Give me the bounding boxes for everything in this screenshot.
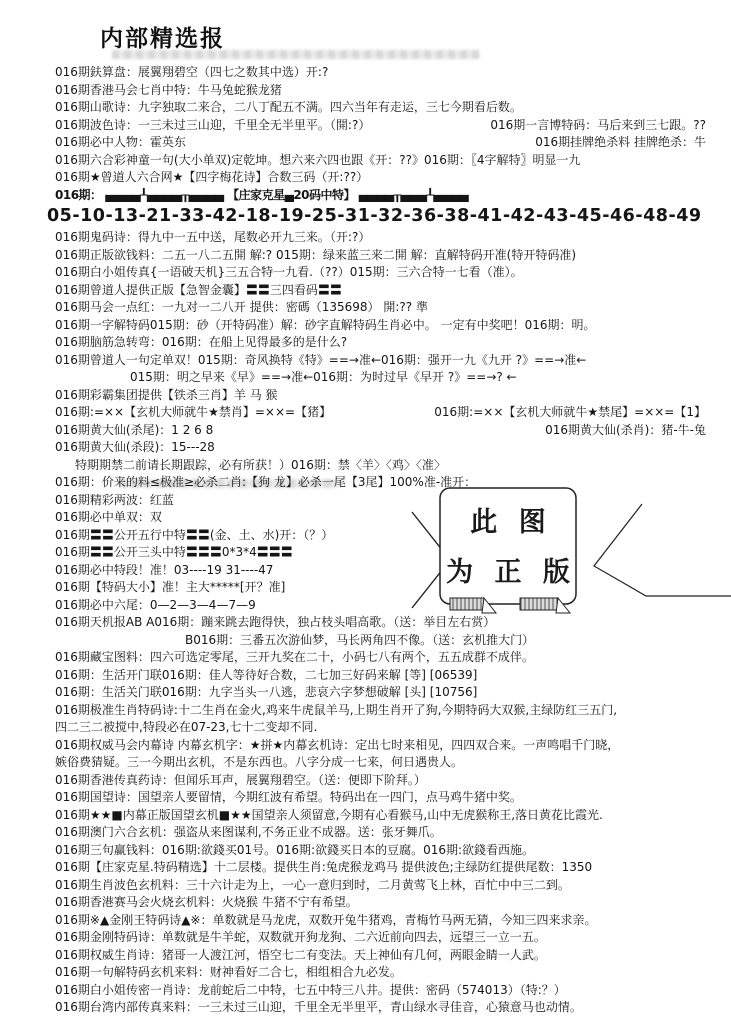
report-line: 016期台湾内部传真来料：一三未过三山迎，千里全无半里平，青山绿水寻佳音，心猿意… xyxy=(55,999,706,1017)
report-line-left: 016期黄大仙(杀尾)：1 2 6 8 xyxy=(55,422,213,440)
report-line: 016期〓〓公开三头中特〓〓〓0*3*4〓〓〓 xyxy=(55,544,706,562)
report-line-right: 016期挂牌绝杀料 挂牌绝杀：牛 xyxy=(535,134,706,152)
report-line: 016期香港马会七肖中特：牛马兔蛇猴龙猪 xyxy=(55,82,706,100)
report-line: 016期【特码大小】准！主大*****[开？准] xyxy=(55,579,706,597)
report-line: 016期必中人物：霍英东016期挂牌绝杀料 挂牌绝杀：牛 xyxy=(55,134,706,152)
report-line: 016期极准生肖特码诗:十二生肖在金火,鸡来牛虎鼠羊马,上期生肖开了狗,今期特码… xyxy=(55,702,706,720)
report-line: 016期权威生肖诗：猪哥一人渡江河，悟空七二有变法。天上神仙有几何，两眼金睛一人… xyxy=(55,947,706,965)
report-line: 016期：生活关门联016期：九字当头一八逃，悲哀六字梦想破解 [头] [107… xyxy=(55,684,706,702)
report-line: 016期鈇算盘：展翼翔碧空（四七之数其中选）开:? xyxy=(55,64,706,82)
report-line: 016期香港赛马会火烧玄机料：火烧猴 牛猪不宁有希望。 xyxy=(55,894,706,912)
report-line: 016期脑筋急转弯：016期：在船上见得最多的是什么? xyxy=(55,334,706,352)
report-line: 016期曾道人提供正版【急智金囊】〓〓三四看码〓〓 xyxy=(55,282,706,300)
report-line: 016期白小姐传密一肖诗：龙前蛇后二中特，七五中特三八井。提供：密码（57401… xyxy=(55,982,706,1000)
report-line: 016期〓〓公开五行中特〓〓(金、土、水)开：（？） xyxy=(55,527,706,545)
page-title: 内部精选报 xyxy=(100,20,706,53)
report-line: 016期天机报AB A016期：蹦来跳去跑得快，独占枝头唱高歌。（送：举目左右赏… xyxy=(55,614,706,632)
report-line: 016期三句赢钱料：016期:欲錢买01号。016期:欲錢买日本的豆腐。016期… xyxy=(55,842,706,860)
report-line: 016期必中单双：双 xyxy=(55,509,706,527)
report-line-right: 016期一言博特码：马后来到三七跟。?? xyxy=(490,117,706,135)
report-line: 016期： ▄▄▄▄┸▄▄▄▄┰▄▄▄▄ 【庄家克星▄20码中特】 ▄▄▄▄┰▄… xyxy=(55,187,706,205)
report-line: 016期香港传真药诗：但闻乐耳声，展翼翔碧空。（送：便即下阶拜。） xyxy=(55,772,706,790)
report-line-left: 016期必中人物：霍英东 xyxy=(55,134,186,152)
report-line: 016期国望诗：国望亲人要留情，今期红波有希望。特码出在一四门，点马鸡牛猪中奖。 xyxy=(55,789,706,807)
report-line-right: 016期:=××【玄机大师就牛★禁尾】=××=【1】 xyxy=(434,404,706,422)
report-line: 016期※▲金刚王特码诗▲※：单数就是马龙虎，双数开兔牛猪鸡，青梅竹马两无猜，今… xyxy=(55,912,706,930)
report-line: 016期必中六尾：0—2—3—4—7—9 xyxy=(55,597,706,615)
report-line: 015期：明之早来《早》==→准←016期：为时过早《早开 ?》==→? ← xyxy=(55,369,706,387)
report-line: 016期一句解特码玄机来料：财神看好二合七，相组相合九必发。 xyxy=(55,964,706,982)
report-body: 016期鈇算盘：展翼翔碧空（四七之数其中选）开:?016期香港马会七肖中特：牛马… xyxy=(55,64,706,1017)
watermark-smudge xyxy=(112,50,480,59)
report-line: 016期权威马会内幕诗 内幕玄机字：★拼★内幕玄机诗：定出七时来相见，四四双合来… xyxy=(55,737,706,755)
numbers-row: 05-10-13-21-33-42-18-19-25-31-32-36-38-4… xyxy=(47,204,706,229)
report-line-left: 016期波色诗：一三未过三山迎，千里全无半里平。（開:?） xyxy=(55,117,370,135)
report-line: 四二三二被搅中,特段必在07-23,七十二变却不同. xyxy=(55,719,706,737)
report-line: 特期期禁二前请长期跟踪，必有所获！）016期：禁〈羊〉〈鸡〉〈准〉 xyxy=(55,457,706,475)
report-line: 016期：价来的料≤极准≥必杀二肖:【狗 龙】必杀一尾【3尾】100%准-准开： xyxy=(55,474,706,492)
report-line: 016期黄大仙(杀段)：15---28 xyxy=(55,439,706,457)
report-page: 内部精选报 016期鈇算盘：展翼翔碧空（四七之数其中选）开:?016期香港马会七… xyxy=(0,0,731,1024)
report-line: 016期正版欲钱料：二五一八二五開 解:? 015期：绿来蓝三来二開 解：直解特… xyxy=(55,247,706,265)
report-line: 016期曾道人一句定单双！015期：奇风换特《特》==→准←016期：强开一九《… xyxy=(55,352,706,370)
report-line: B016期：三番五次游仙梦，马长两角四不像。（送：玄机推大门） xyxy=(55,632,706,650)
report-line: 016期藏宝图料：四六可选定零尾，三开九奖在二十，小码七八有两个，五五成群不成伴… xyxy=(55,649,706,667)
report-line: 016期白小姐传真{一语破天机}三五合特一九看.（??）015期：三六合特一七看… xyxy=(55,264,706,282)
report-line: 016期黄大仙(杀尾)：1 2 6 8016期黄大仙(杀肖)：猪-牛-兔 xyxy=(55,422,706,440)
report-line: 016期一字解特码015期：砂（开特码准）解：砂字直解特码生肖必中。 一定有中奖… xyxy=(55,317,706,335)
report-line: 016期六合彩神童一句(大小单双)定乾坤。想六来六四也跟《开：??》016期：〖… xyxy=(55,152,706,170)
report-line: 016期精彩两波：红蓝 xyxy=(55,492,706,510)
report-line: 016期金刚特码诗：单数就是牛羊蛇，双数就开狗龙狗、二六近前向四去，远望三一立一… xyxy=(55,929,706,947)
report-line: 016期★曾道人六合网★【四字梅花诗】合数三码（开:??） xyxy=(55,169,706,187)
report-line: 嫉俗费猜疑。三一今期出玄机，不是东西也。八字分成一七来，何日遇贵人。 xyxy=(55,754,706,772)
report-line: 016期：生活开门联016期：佳人等待好合数，二七加三好码来解 [等] [065… xyxy=(55,667,706,685)
report-line: 016期必中特段！准！03----19 31----47 xyxy=(55,562,706,580)
report-line: 016期彩霸集团提供【铁杀三肖】羊 马 猴 xyxy=(55,387,706,405)
report-line: 016期马会一点红：一九对一二八开 提供：密碼（135698） 開:?? 準 xyxy=(55,299,706,317)
report-line-right: 016期黄大仙(杀肖)：猪-牛-兔 xyxy=(545,422,706,440)
report-line: 016期【庄家克星.特码精选】十二层楼。提供生肖:兔虎猴龙鸡马 提供波色;主绿防… xyxy=(55,859,706,877)
report-line: 016期山歌诗：九字独取二来合，二八丁配五不满。四六当年有走运，三七今期看后数。 xyxy=(55,99,706,117)
report-line: 016期鬼码诗：得九中一五中送，尾数必开九三来。（开:?） xyxy=(55,229,706,247)
report-line: 016期波色诗：一三未过三山迎，千里全无半里平。（開:?）016期一言博特码：马… xyxy=(55,117,706,135)
report-line-left: 016期:=××【玄机大师就牛★禁肖】=××=【猪】 xyxy=(55,404,331,422)
report-line: 016期生肖波色玄机料：三十六计走为上，一心一意归到时，二月黄莺飞上林，百忙中中… xyxy=(55,877,706,895)
report-line: 016期★★■内幕正版国望玄机■★★国望亲人须留意,今期有心看猴马,山中无虎猴称… xyxy=(55,807,706,825)
report-line: 016期:=××【玄机大师就牛★禁肖】=××=【猪】016期:=××【玄机大师就… xyxy=(55,404,706,422)
report-line: 016期澳门六合玄机：强盗从来图谋利,不务正业不成器。送：张牙舞爪。 xyxy=(55,824,706,842)
